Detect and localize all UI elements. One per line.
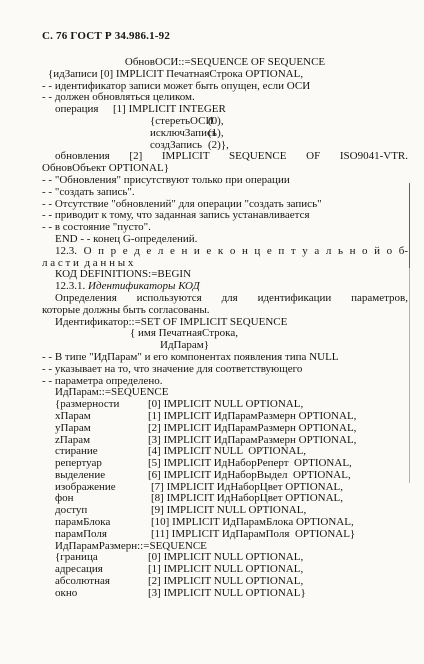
document-line: - - указывает на то, что значение для со…: [42, 364, 408, 376]
field-name: парамПоля: [55, 529, 151, 541]
field-name: исключЗапись: [150, 128, 208, 140]
document-line: уПарам[2] IMPLICIT ИдПарамРазмерн OPTION…: [42, 423, 408, 435]
field-name: выделение: [55, 470, 148, 482]
field-definition: [3] IMPLICIT NULL OPTIONAL}: [148, 588, 306, 600]
document-line: {идЗаписи [0] IMPLICIT ПечатнаяСтрока OP…: [42, 69, 408, 81]
scan-artifact-line-dark: [409, 183, 410, 268]
field-definition: [2] IMPLICIT ИдПарамРазмерн OPTIONAL,: [148, 423, 356, 435]
field-name: {стеретьОСИ: [150, 116, 208, 128]
document-line: - - "создать запись".: [42, 187, 408, 199]
field-name: хПарам: [55, 411, 148, 423]
document-line: которые должны быть согласованы.: [42, 305, 408, 317]
document-line: окно[3] IMPLICIT NULL OPTIONAL}: [42, 588, 408, 600]
field-name: окно: [55, 588, 148, 600]
document-line: исключЗапись(1),: [42, 128, 408, 140]
field-definition: (1),: [208, 128, 224, 140]
document-line: операция[1] IMPLICIT INTEGER: [42, 104, 408, 116]
document-line: {стеретьОСИ(0),: [42, 116, 408, 128]
document-line: 12.3. О п р е д е л е н и е к о н ц е п …: [42, 246, 408, 258]
document-line: - - В типе "ИдПарам" и его компонентах п…: [42, 352, 408, 364]
document-page: С. 76 ГОСТ Р 34.986.1-92 ОбновОСИ::=SEQU…: [0, 0, 424, 664]
field-definition: [1] IMPLICIT ИдПарамРазмерн OPTIONAL,: [148, 411, 356, 423]
document-line: парамПоля[11] IMPLICIT ИдПарамПоля OPTIO…: [42, 529, 408, 541]
document-body: ОбновОСИ::=SEQUENCE OF SEQUENCE{идЗаписи…: [42, 57, 408, 600]
document-line: END - - конец G-определений.: [42, 234, 408, 246]
document-line: выделение[6] IMPLICIT ИдНаборВыдел OPTIO…: [42, 470, 408, 482]
field-definition: (0),: [208, 116, 224, 128]
document-line: Определения используются для идентификац…: [42, 293, 408, 305]
document-line: - - "Обновления" присутствуют только при…: [42, 175, 408, 187]
field-definition: [6] IMPLICIT ИдНаборВыдел OPTIONAL,: [148, 470, 351, 482]
field-definition: [11] IMPLICIT ИдПарамПоля OPTIONAL}: [151, 529, 355, 541]
document-line: хПарам[1] IMPLICIT ИдПарамРазмерн OPTION…: [42, 411, 408, 423]
field-name: операция: [55, 104, 113, 116]
page-header: С. 76 ГОСТ Р 34.986.1-92: [42, 30, 170, 42]
subsection-number: 12.3.1.: [55, 280, 88, 292]
scan-artifact-line-light: [409, 268, 410, 483]
field-name: уПарам: [55, 423, 148, 435]
subsection-title: Идентификаторы КОД: [88, 280, 200, 292]
document-line: { имя ПечатнаяСтрока,: [42, 328, 408, 340]
